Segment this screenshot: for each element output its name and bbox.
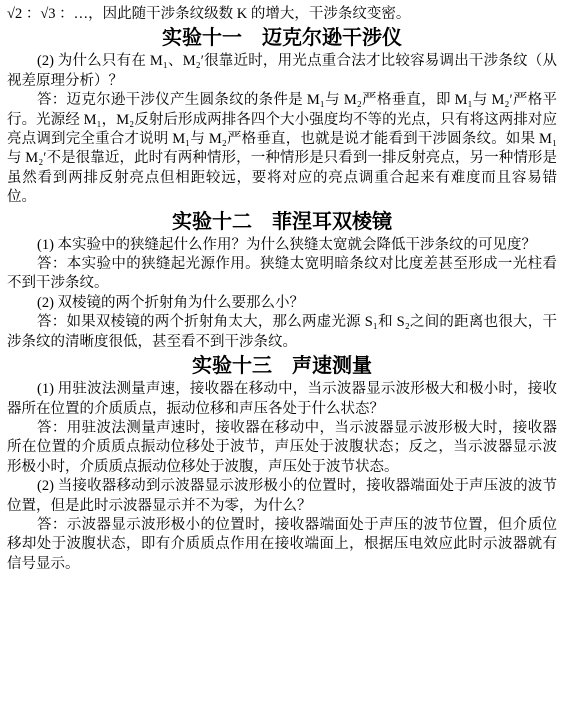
section-title-experiment-11: 实验十一 迈克尔逊干涉仪 bbox=[7, 24, 557, 52]
question-paragraph: (2) 为什么只有在 M₁、M₂′很靠近时，用光点重合法才比较容易调出干涉条纹（… bbox=[7, 52, 557, 91]
answer-paragraph: 答：示波器显示波形极小的位置时，接收器端面处于声压的波节位置，但介质位移却处于波… bbox=[7, 516, 557, 574]
answer-paragraph: 答：用驻波法测量声速时，接收器在移动中，当示波器显示波形极大时，接收器所在位置的… bbox=[7, 419, 557, 477]
answer-paragraph: 答：迈克尔逊干涉仪产生圆条纹的条件是 M₁与 M₂严格垂直，即 M₁与 M₂′严… bbox=[7, 91, 557, 207]
intro-line: √2 ：√3 ：…，因此随干涉条纹级数 K 的增大，干涉条纹变密。 bbox=[7, 5, 557, 24]
question-paragraph: (2) 双棱镜的两个折射角为什么要那么小？ bbox=[7, 294, 557, 313]
question-paragraph: (1) 用驻波法测量声速，接收器在移动中，当示波器显示波形极大和极小时，接收器所… bbox=[7, 380, 557, 419]
question-paragraph: (1) 本实验中的狭缝起什么作用？为什么狭缝太宽就会降低干涉条纹的可见度？ bbox=[7, 236, 557, 255]
document-page: √2 ：√3 ：…，因此随干涉条纹级数 K 的增大，干涉条纹变密。 实验十一 迈… bbox=[0, 0, 564, 706]
question-paragraph: (2) 当接收器移动到示波器显示波形极小的位置时，接收器端面处于声压波的波节位置… bbox=[7, 477, 557, 516]
section-title-experiment-13: 实验十三 声速测量 bbox=[7, 352, 557, 380]
answer-paragraph: 答：本实验中的狭缝起光源作用。狭缝太宽明暗条纹对比度差甚至形成一光柱看不到干涉条… bbox=[7, 255, 557, 294]
answer-paragraph: 答：如果双棱镜的两个折射角太大，那么两虚光源 S₁和 S₂之间的距离也很大，干涉… bbox=[7, 313, 557, 352]
section-title-experiment-12: 实验十二 菲涅耳双棱镜 bbox=[7, 208, 557, 236]
